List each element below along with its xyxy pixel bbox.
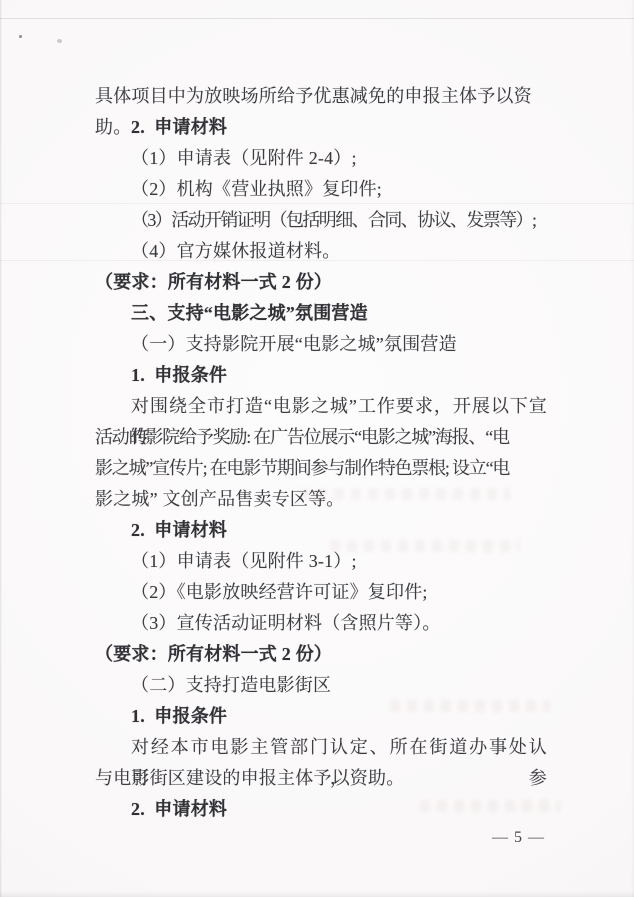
text-line: 对围绕全市打造“电影之城”工作要求，开展以下宣传 <box>95 391 547 422</box>
text-line: 1. 申报条件 <box>95 360 547 391</box>
scan-speck <box>19 35 22 38</box>
text-line: （2）《电影放映经营许可证》复印件; <box>95 577 547 608</box>
text-line: （4）官方媒休报道材料。 <box>95 236 547 267</box>
text-line: 影之城” 文创产品售卖专区等。 <box>95 484 547 515</box>
text-line: （要求：所有材料一式 2 份） <box>95 267 547 298</box>
text-line: 三、支持“电影之城”氛围营造 <box>95 298 547 329</box>
text-line: 1. 申报条件 <box>95 701 547 732</box>
text-line: 2. 申请材料 <box>95 112 547 143</box>
text-line: （3）宣传活动证明材料（含照片等）。 <box>95 608 547 639</box>
scan-speck <box>57 39 62 43</box>
text-line: （二）支持打造电影街区 <box>95 670 547 701</box>
text-line: （1）申请表（见附件 2-4）; <box>95 143 547 174</box>
scanned-document-page: 具体项目中为放映场所给予优惠减免的申报主体予以资助。2. 申请材料（1）申请表（… <box>0 0 634 897</box>
text-line: 2. 申请材料 <box>95 794 547 825</box>
document-content: 具体项目中为放映场所给予优惠减免的申报主体予以资助。2. 申请材料（1）申请表（… <box>95 81 547 825</box>
text-line: （2）机构《营业执照》复印件; <box>95 174 547 205</box>
text-line: 对经本市电影主管部门认定、所在街道办事处认可，参 <box>95 732 547 763</box>
page-edge-shadow <box>0 0 2 897</box>
text-line: （要求：所有材料一式 2 份） <box>95 639 547 670</box>
text-line: 影之城”宣传片; 在电影节期间参与制作特色票根; 设立“电 <box>95 453 547 484</box>
text-line: 具体项目中为放映场所给予优惠减免的申报主体予以资助。 <box>95 81 547 112</box>
text-line: （3）活动开销证明（包括明细、合同、协议、发票等）; <box>95 205 547 236</box>
text-line: （1）申请表（见附件 3-1）; <box>95 546 547 577</box>
scan-artifact-line <box>0 18 634 19</box>
text-line: 2. 申请材料 <box>95 515 547 546</box>
page-edge-shadow <box>0 891 634 897</box>
page-number: — 5 — <box>492 828 545 848</box>
text-line: 活动的影院给予奖励: 在广告位展示“电影之城”海报、“电 <box>95 422 547 453</box>
text-line: （一）支持影院开展“电影之城”氛围营造 <box>95 329 547 360</box>
